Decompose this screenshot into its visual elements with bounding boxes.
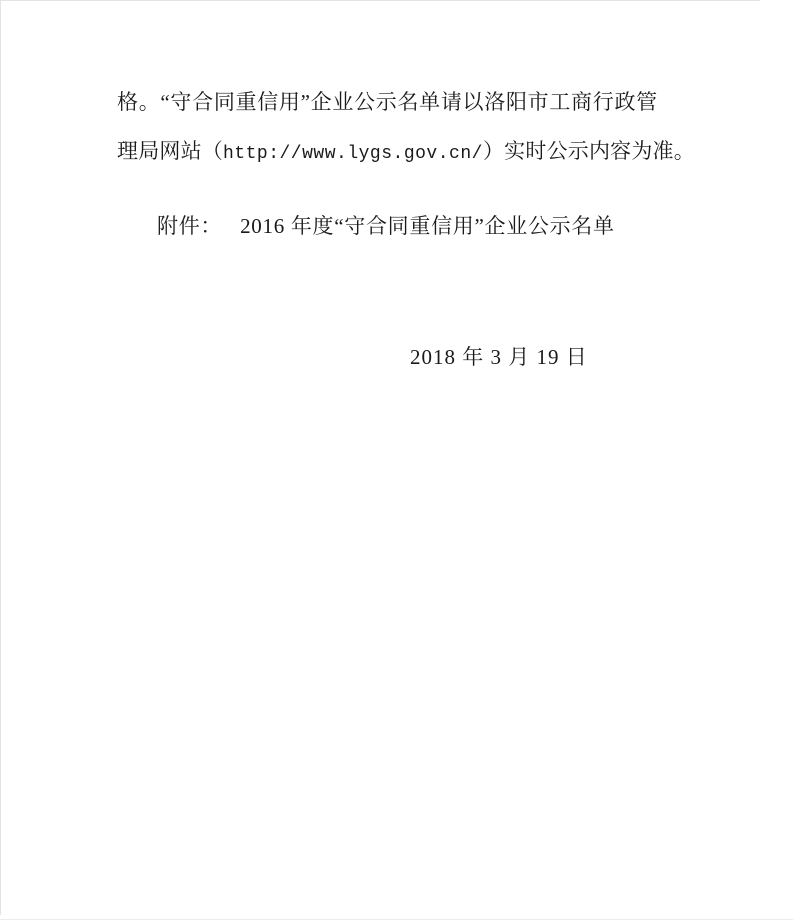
document-date: 2018 年 3 月 19 日 — [410, 343, 588, 371]
attachment-label: 附件： — [157, 214, 222, 238]
attachment-title: 2016 年度“守合同重信用”企业公示名单 — [240, 214, 615, 238]
page-edge-left — [0, 0, 1, 915]
body-paragraph-line-2: 理局网站（http://www.lygs.gov.cn/）实时公示内容为准。 — [117, 137, 695, 168]
website-url-text: http://www.lygs.gov.cn/ — [223, 144, 483, 164]
body-line-2-suffix: ）实时公示内容为准。 — [483, 139, 695, 163]
attachment-line: 附件：2016 年度“守合同重信用”企业公示名单 — [157, 212, 615, 240]
page-edge-bottom — [0, 919, 793, 920]
body-line-2-prefix: 理局网站（ — [117, 139, 223, 163]
body-paragraph-line-1: 格。“守合同重信用”企业公示名单请以洛阳市工商行政管 — [117, 88, 658, 116]
page-edge-top — [0, 0, 760, 1]
document-page: 格。“守合同重信用”企业公示名单请以洛阳市工商行政管 理局网站（http://w… — [0, 0, 793, 921]
